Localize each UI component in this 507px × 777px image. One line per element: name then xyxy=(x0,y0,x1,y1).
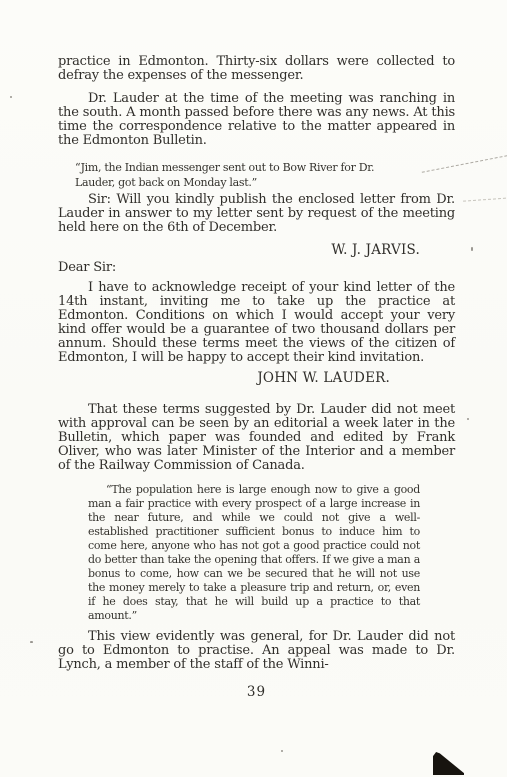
scan-speck xyxy=(30,641,33,643)
bulletin-editorial-quote: “The population here is large enough now… xyxy=(88,483,420,623)
paragraph-sir-publish-letter: Sir: Will you kindly publish the enclose… xyxy=(58,193,455,235)
paragraph-appeal-dr-lynch: This view evidently was general, for Dr.… xyxy=(58,630,455,672)
ink-blot xyxy=(433,752,464,775)
scan-speck xyxy=(467,418,469,420)
text-column: practice in Edmonton. Thirty-six dollars… xyxy=(58,55,455,700)
salutation-dear-sir: Dear Sir: xyxy=(58,261,455,275)
scan-speck xyxy=(471,247,473,251)
paragraph-editorial-frank-oliver: That these terms suggested by Dr. Lauder… xyxy=(58,403,455,473)
scan-speck xyxy=(281,750,283,752)
bulletin-quote-messenger: “Jim, the Indian messenger sent out to B… xyxy=(75,160,405,190)
scan-speck xyxy=(10,96,12,98)
page-number: 39 xyxy=(58,684,455,700)
signature-jarvis: W. J. JARVIS. xyxy=(58,243,420,257)
paragraph-continuation: practice in Edmonton. Thirty-six dollars… xyxy=(58,55,455,83)
scan-artifact-dashed-line xyxy=(463,197,507,201)
paragraph-lauder-letter: I have to acknowledge receipt of your ki… xyxy=(58,281,455,365)
paragraph-dr-lauder-ranching: Dr. Lauder at the time of the meeting wa… xyxy=(58,92,455,148)
signature-lauder: JOHN W. LAUDER. xyxy=(58,371,390,385)
scanned-book-page: practice in Edmonton. Thirty-six dollars… xyxy=(0,0,507,777)
